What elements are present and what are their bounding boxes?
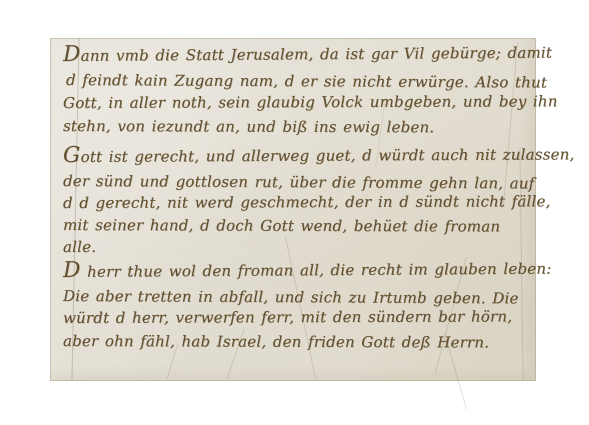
scan-background: Dann vmb die Statt Jerusalem, da ist gar…: [0, 0, 589, 425]
manuscript-line: d d gerecht, nit werd geschmecht, der in…: [63, 191, 551, 213]
manuscript-line: mit seiner hand, d doch Gott wend, behüe…: [63, 215, 500, 237]
manuscript-line: Gott ist gerecht, und allerweg guet, d w…: [63, 144, 575, 167]
manuscript-line: aber ohn fähl, hab Israel, den friden Go…: [63, 331, 489, 352]
handwritten-text-block: Dann vmb die Statt Jerusalem, da ist gar…: [50, 38, 536, 381]
manuscript-line: D herr thue wol den froman all, die rech…: [63, 259, 552, 282]
manuscript-page: Dann vmb die Statt Jerusalem, da ist gar…: [50, 38, 536, 381]
manuscript-line: d feindt kain Zugang nam, d er sie nicht…: [66, 70, 547, 93]
manuscript-line: der sünd und gottlosen rut, über die fro…: [63, 171, 535, 193]
manuscript-line: Dann vmb die Statt Jerusalem, da ist gar…: [63, 43, 552, 66]
manuscript-line: Die aber tretten in abfall, und sich zu …: [63, 286, 519, 308]
manuscript-line: stehn, von iezundt an, und biß ins ewig …: [63, 116, 434, 137]
manuscript-line: Gott, in aller noth, sein glaubig Volck …: [63, 91, 558, 113]
manuscript-line: alle.: [63, 237, 96, 257]
manuscript-line: würdt d herr, verwerfen ferr, mit den sü…: [63, 306, 512, 328]
